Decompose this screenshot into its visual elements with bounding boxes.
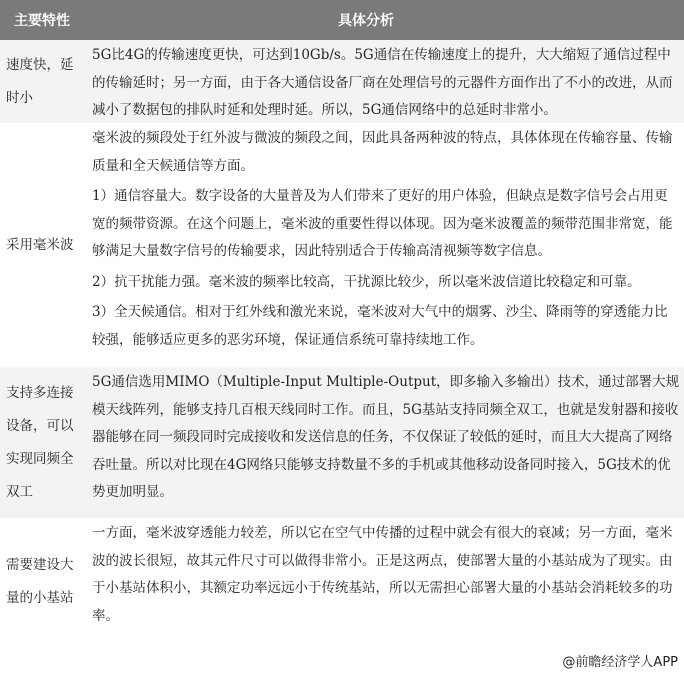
analysis-cell: 毫米波的频段处于红外波与微波的频段之间，因此具备两种波的特点，具体体现在传输容量… <box>92 123 684 367</box>
feature-cell: 支持多连接设备，可以实现同频全双工 <box>0 367 92 518</box>
analysis-paragraph: 5G通信选用MIMO（Multiple-Input Multiple-Outpu… <box>92 369 680 507</box>
table-row: 采用毫米波 毫米波的频段处于红外波与微波的频段之间，因此具备两种波的特点，具体体… <box>0 123 684 367</box>
analysis-paragraph: 2）抗干扰能力强。毫米波的频率比较高，干扰源比较少，所以毫米波信道比较稳定和可靠… <box>92 269 680 297</box>
table-header: 主要特性 具体分析 <box>0 0 684 40</box>
analysis-cell: 一方面，毫米波穿透能力较差，所以它在空气中传播的过程中就会有很大的衰减；另一方面… <box>92 518 684 645</box>
feature-cell: 需要建设大量的小基站 <box>0 518 92 645</box>
table-row: 需要建设大量的小基站 一方面，毫米波穿透能力较差，所以它在空气中传播的过程中就会… <box>0 518 684 645</box>
table-row: 速度快，延时小 5G比4G的传输速度更快，可达到10Gb/s。5G通信在传输速度… <box>0 40 684 123</box>
header-feature: 主要特性 <box>0 10 88 30</box>
table-row: 支持多连接设备，可以实现同频全双工 5G通信选用MIMO（Multiple-In… <box>0 367 684 518</box>
feature-table: 主要特性 具体分析 速度快，延时小 5G比4G的传输速度更快，可达到10Gb/s… <box>0 0 684 645</box>
analysis-paragraph: 3）全天候通信。相对于红外线和激光来说，毫米波对大气中的烟雾、沙尘、降雨等的穿透… <box>92 299 680 354</box>
header-analysis: 具体分析 <box>88 10 684 30</box>
analysis-cell: 5G通信选用MIMO（Multiple-Input Multiple-Outpu… <box>92 367 684 518</box>
analysis-paragraph: 5G比4G的传输速度更快，可达到10Gb/s。5G通信在传输速度上的提升，大大缩… <box>92 42 680 125</box>
analysis-paragraph: 1）通信容量大。数字设备的大量普及为人们带来了更好的用户体验，但缺点是数字信号会… <box>92 183 680 266</box>
analysis-cell: 5G比4G的传输速度更快，可达到10Gb/s。5G通信在传输速度上的提升，大大缩… <box>92 40 684 123</box>
feature-cell: 采用毫米波 <box>0 123 92 367</box>
source-credit: @前瞻经济学人APP <box>562 651 678 670</box>
analysis-paragraph: 毫米波的频段处于红外波与微波的频段之间，因此具备两种波的特点，具体体现在传输容量… <box>92 125 680 180</box>
analysis-paragraph: 一方面，毫米波穿透能力较差，所以它在空气中传播的过程中就会有很大的衰减；另一方面… <box>92 520 680 630</box>
feature-cell: 速度快，延时小 <box>0 40 92 123</box>
